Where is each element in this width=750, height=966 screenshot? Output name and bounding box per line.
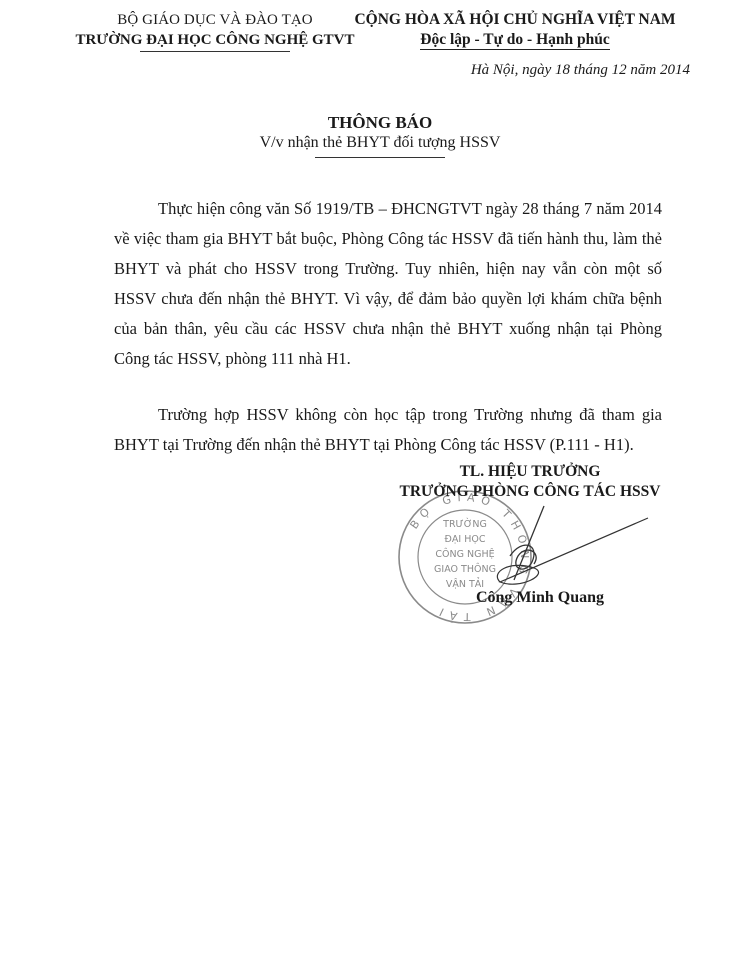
signatory-name: Công Minh Quang <box>440 589 640 607</box>
notice-subject: V/v nhận thẻ BHYT đối tượng HSSV <box>250 134 510 152</box>
signatory-position: TRƯỞNG PHÒNG CÔNG TÁC HSSV <box>380 482 680 502</box>
header-divider <box>140 51 290 52</box>
nation-name: CỘNG HÒA XÃ HỘI CHỦ NGHĨA VIỆT NAM <box>340 10 690 30</box>
document-date: Hà Nội, ngày 18 tháng 12 năm 2014 <box>420 62 690 79</box>
national-header: CỘNG HÒA XÃ HỘI CHỦ NGHĨA VIỆT NAM Độc l… <box>340 10 690 50</box>
body-paragraph: Thực hiện công văn Số 1919/TB – ĐHCNGTVT… <box>114 194 662 374</box>
issuer-header: BỘ GIÁO DỤC VÀ ĐÀO TẠO TRƯỜNG ĐẠI HỌC CÔ… <box>70 10 360 52</box>
ministry-name: BỘ GIÁO DỤC VÀ ĐÀO TẠO <box>70 10 360 30</box>
signature-icon <box>470 500 650 600</box>
signatory-authority: TL. HIỆU TRƯỞNG <box>380 462 680 482</box>
body-paragraph: Trường hợp HSSV không còn học tập trong … <box>114 400 662 460</box>
notice-title: THÔNG BÁO <box>250 113 510 133</box>
national-motto: Độc lập - Tự do - Hạnh phúc <box>420 31 609 50</box>
subject-divider <box>315 157 445 158</box>
school-name: TRƯỜNG ĐẠI HỌC CÔNG NGHỆ GTVT <box>70 30 360 50</box>
